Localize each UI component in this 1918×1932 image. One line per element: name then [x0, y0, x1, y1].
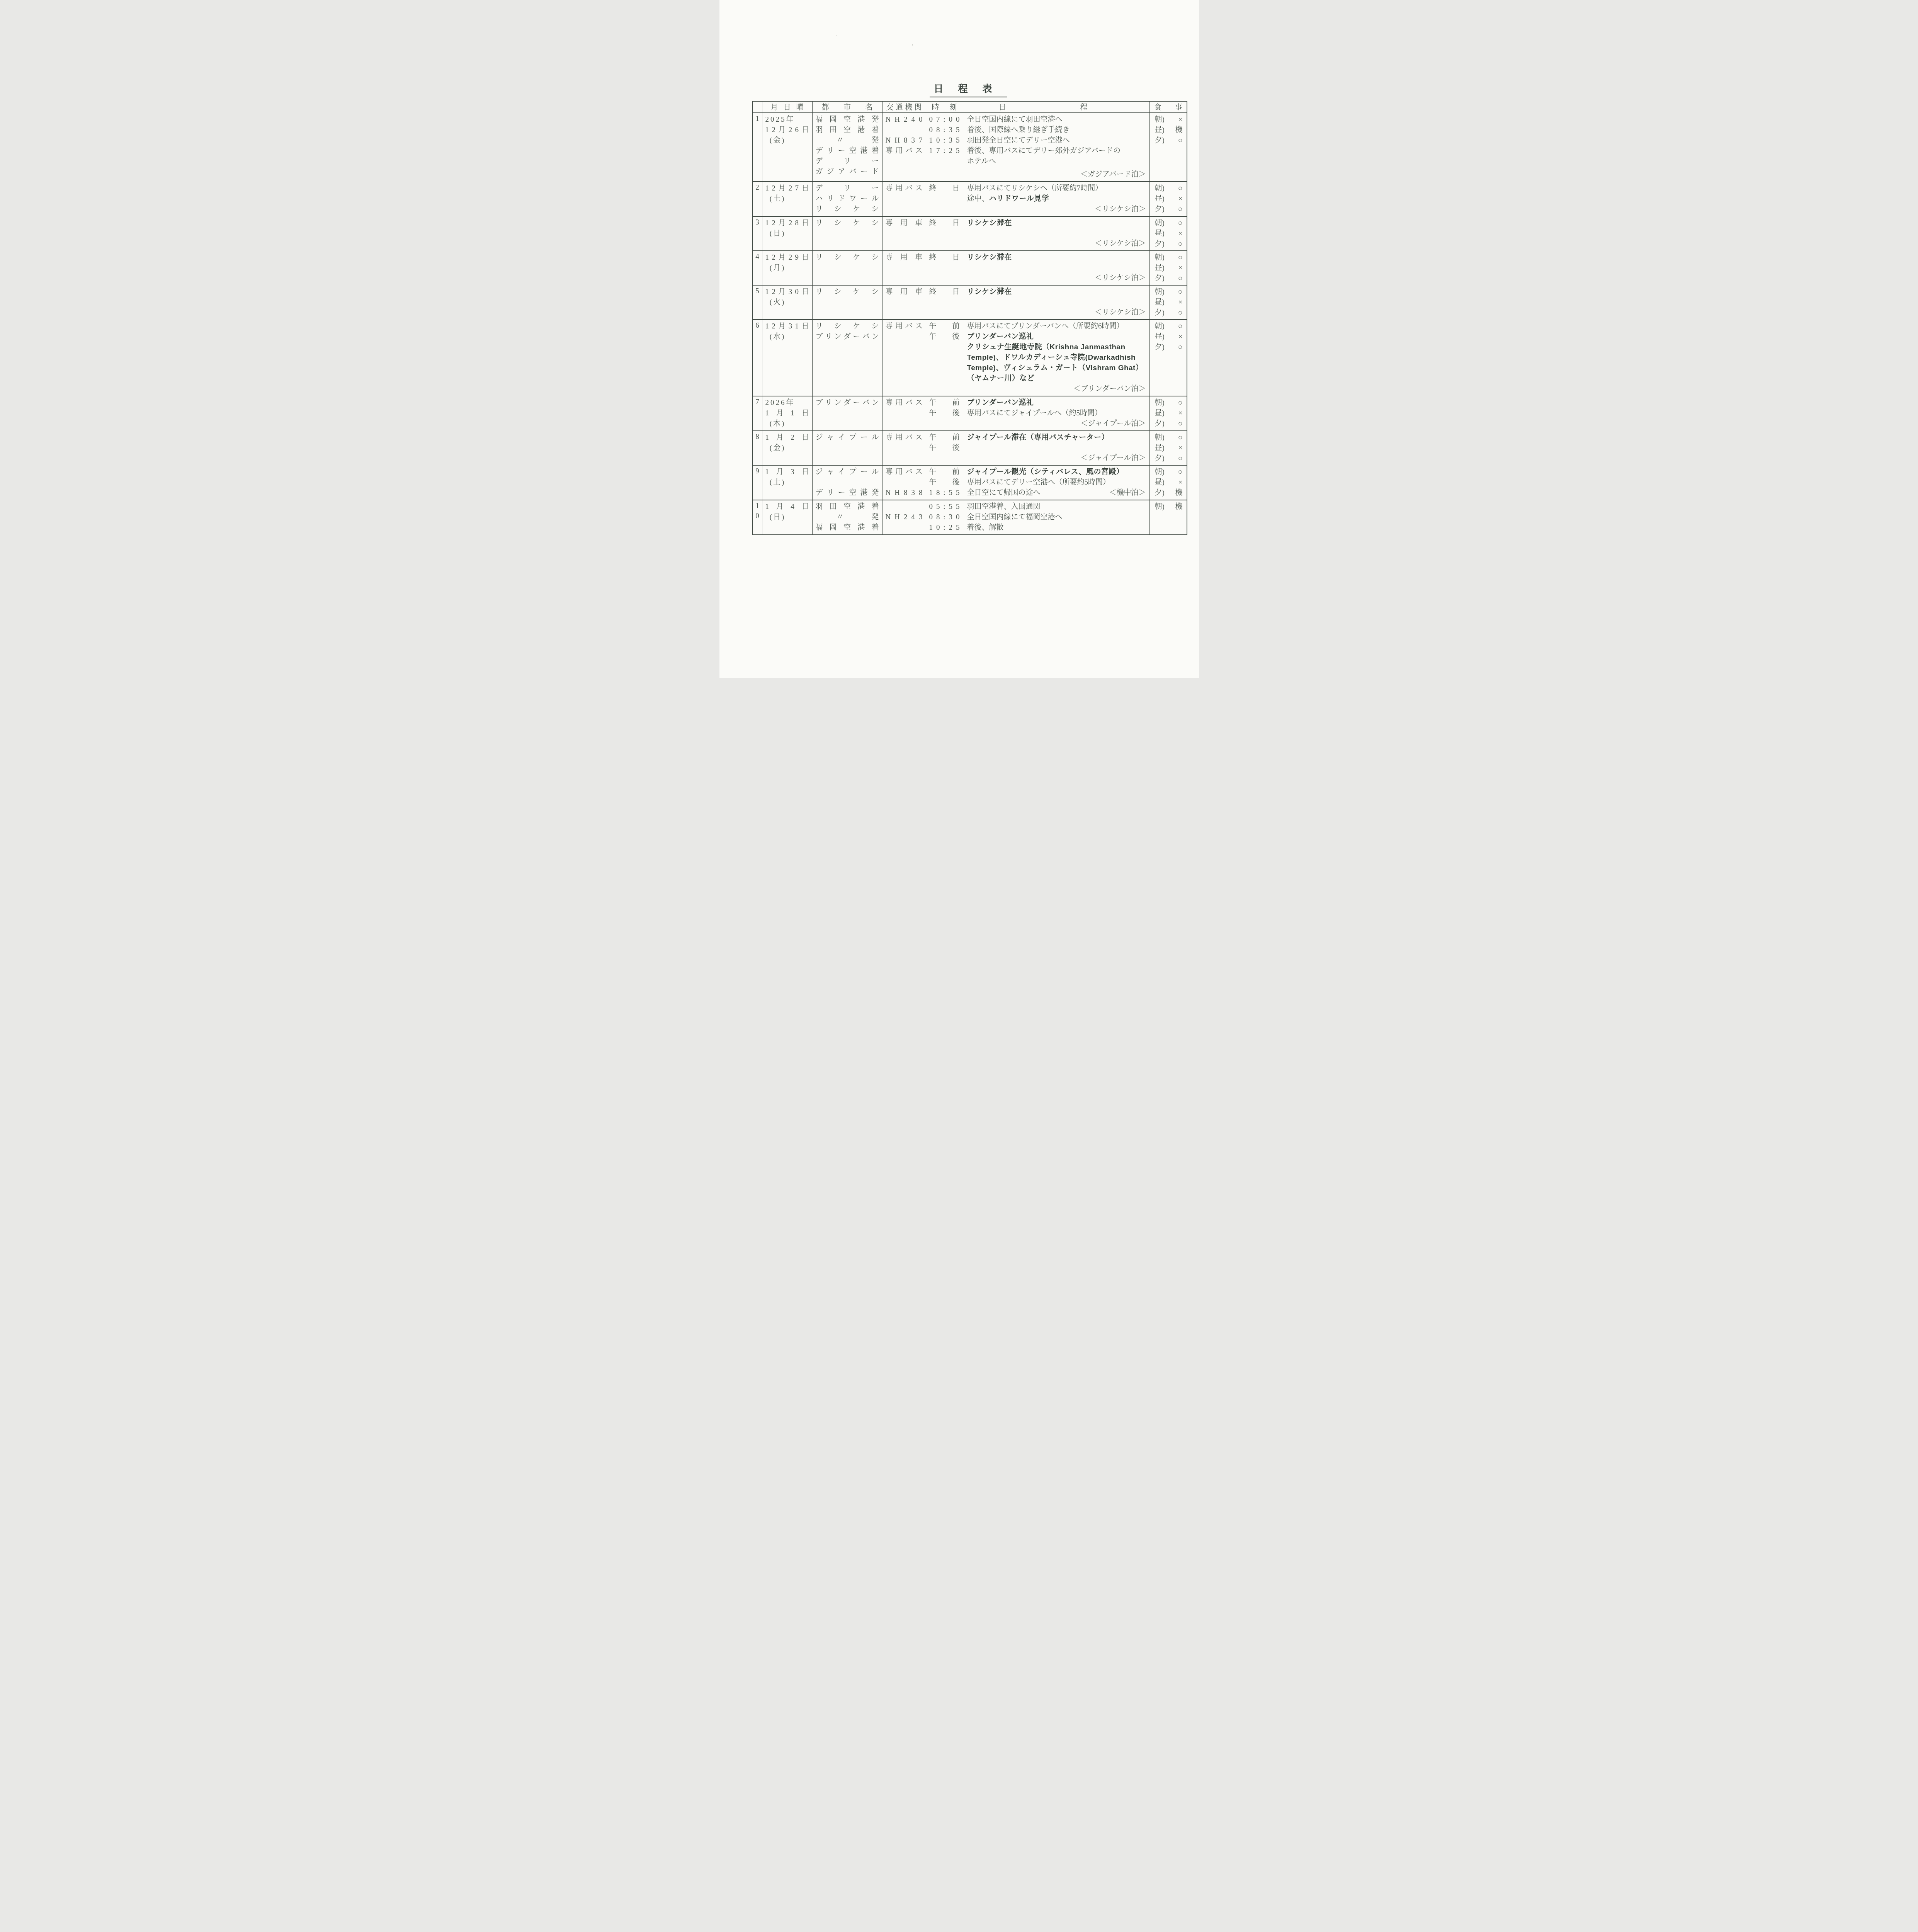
schedule-line: ジャイプール観光（シティパレス、風の宮殿）: [967, 467, 1146, 477]
schedule-line: 途中、ハリドワール見学: [967, 194, 1146, 204]
schedule-line: ジャイプール滞在（専用バスチャーター）: [967, 432, 1146, 443]
cell-date: 2025年12月26日(金): [762, 113, 812, 181]
schedule-line: 専用バスにてデリー空港へ（所要約5時間）: [967, 477, 1146, 488]
schedule-line: Temple)、ドワルカディーシュ寺院(Dwarkadhish: [967, 352, 1146, 363]
cell-meals: 朝)○昼)×夕)○: [1149, 251, 1187, 285]
cell-meals: 朝)○昼)×夕)○: [1149, 286, 1187, 319]
col-header-date: 月日曜: [762, 102, 812, 112]
table-row: 512月30日(火)リシケシ専用車終日リシケシ滞在＜リシケシ泊＞朝)○昼)×夕)…: [753, 285, 1187, 319]
cell-time: 午前午後: [926, 431, 963, 465]
meal-line: 昼)×: [1155, 194, 1183, 204]
cell-date: 2026年1月1日(木): [762, 396, 812, 430]
cell-city: デリーハリドワールリシケシ: [812, 182, 882, 216]
meal-line: 夕)○: [1155, 308, 1183, 318]
document-page: 日程表 月日曜 都市名 交通機関 時刻 日程 食事 12025年12月26日(金…: [719, 0, 1199, 678]
cell-transport: 専用バス NH838: [882, 466, 926, 500]
meal-line: 朝)機: [1155, 502, 1183, 512]
cell-time: 終日: [926, 286, 963, 319]
cell-transport: 専用バス: [882, 431, 926, 465]
cell-city: ジャイプール デリー空港発: [812, 466, 882, 500]
schedule-line: Temple)、ヴィシュラム・ガート（Vishram Ghat）: [967, 363, 1146, 373]
cell-time: 05:5508:3010:25: [926, 500, 963, 534]
meal-line: 昼)×: [1155, 228, 1183, 239]
table-row: 312月28日(日)リシケシ専用車終日リシケシ滞在＜リシケシ泊＞朝)○昼)×夕)…: [753, 216, 1187, 250]
scan-artifact: [937, 128, 937, 130]
schedule-line: ブリンダーバン巡礼: [967, 332, 1146, 342]
meal-line: 朝)×: [1155, 114, 1183, 125]
schedule-line: クリシュナ生誕地寺院（Krishna Janmasthan: [967, 342, 1146, 352]
table-row: 612月31日(水)リシケシブリンダーバン専用バス午前午後専用バスにてブリンダー…: [753, 319, 1187, 396]
cell-day-number: 8: [753, 431, 762, 465]
cell-day-number: 10: [753, 500, 762, 534]
meal-line: 朝)○: [1155, 218, 1183, 228]
meal-line: 昼)機: [1155, 125, 1183, 135]
cell-time: 午前午後: [926, 320, 963, 396]
cell-date: 1月2日(金): [762, 431, 812, 465]
schedule-line: 着後、専用バスにてデリー郊外ガジアバードの: [967, 146, 1146, 156]
meal-line: 昼)×: [1155, 408, 1183, 418]
schedule-line: リシケシ滞在: [967, 252, 1146, 263]
schedule-line: 専用バスにてブリンダーバンへ（所要約6時間）: [967, 321, 1146, 332]
cell-day-number: 3: [753, 217, 762, 250]
cell-meals: 朝)○昼)×夕)○: [1149, 320, 1187, 396]
cell-schedule: 全日空国内線にて羽田空港へ着後、国際線へ乗り継ぎ手続き羽田発全日空にてデリー空港…: [963, 113, 1149, 181]
meal-line: 夕)○: [1155, 418, 1183, 429]
cell-city: 羽田空港着〃発福岡空港着: [812, 500, 882, 534]
cell-schedule: ジャイプール観光（シティパレス、風の宮殿）専用バスにてデリー空港へ（所要約5時間…: [963, 466, 1149, 500]
table-row: 101月4日(日)羽田空港着〃発福岡空港着 NH24305:5508:3010:…: [753, 500, 1187, 534]
cell-date: 12月29日(月): [762, 251, 812, 285]
col-header-meals: 食事: [1149, 102, 1187, 112]
cell-time: 午前午後18:55: [926, 466, 963, 500]
scan-artifact: [836, 35, 837, 36]
meal-line: 昼)×: [1155, 477, 1183, 488]
meal-line: 朝)○: [1155, 398, 1183, 408]
schedule-line: ＜リシケシ泊＞: [967, 307, 1146, 318]
schedule-line: リシケシ滞在: [967, 218, 1146, 228]
itinerary-table-body: 12025年12月26日(金)福岡空港発羽田空港着〃発デリー空港着デリーガジアバ…: [753, 112, 1187, 534]
cell-date: 1月3日(土): [762, 466, 812, 500]
cell-time: 終日: [926, 251, 963, 285]
cell-transport: 専用車: [882, 286, 926, 319]
table-row: 91月3日(土)ジャイプール デリー空港発専用バス NH838午前午後18:55…: [753, 465, 1187, 500]
cell-meals: 朝)○昼)×夕)機: [1149, 466, 1187, 500]
cell-transport: NH240 NH837専用バス: [882, 113, 926, 181]
schedule-line: ＜ガジアバード泊＞: [967, 169, 1146, 180]
cell-time: 午前午後: [926, 396, 963, 430]
table-row: 412月29日(月)リシケシ専用車終日リシケシ滞在＜リシケシ泊＞朝)○昼)×夕)…: [753, 250, 1187, 285]
cell-transport: 専用バス: [882, 182, 926, 216]
schedule-line: ＜ブリンダーバン泊＞: [967, 384, 1146, 394]
cell-time: 終日: [926, 217, 963, 250]
cell-day-number: 6: [753, 320, 762, 396]
title-holder: 日程表: [719, 0, 1199, 97]
meal-line: 朝)○: [1155, 287, 1183, 297]
cell-schedule: ジャイプール滞在（専用バスチャーター）＜ジャイプール泊＞: [963, 431, 1149, 465]
meal-line: 夕)機: [1155, 488, 1183, 498]
col-header-transport: 交通機関: [882, 102, 926, 112]
cell-schedule: 専用バスにてリシケシへ（所要約7時間）途中、ハリドワール見学＜リシケシ泊＞: [963, 182, 1149, 216]
cell-day-number: 7: [753, 396, 762, 430]
schedule-line: 全日空国内線にて羽田空港へ: [967, 114, 1146, 125]
cell-date: 12月30日(火): [762, 286, 812, 319]
cell-transport: 専用車: [882, 217, 926, 250]
schedule-line: ＜ジャイプール泊＞: [967, 453, 1146, 463]
cell-meals: 朝)機: [1149, 500, 1187, 534]
cell-city: リシケシ: [812, 251, 882, 285]
meal-line: 夕)○: [1155, 135, 1183, 146]
cell-day-number: 5: [753, 286, 762, 319]
meal-line: 朝)○: [1155, 183, 1183, 194]
cell-meals: 朝)○昼)×夕)○: [1149, 217, 1187, 250]
cell-meals: 朝)×昼)機夕)○: [1149, 113, 1187, 181]
cell-city: リシケシ: [812, 217, 882, 250]
meal-line: 夕)○: [1155, 273, 1183, 284]
cell-time: 07:0008:3510:3517:25: [926, 113, 963, 181]
schedule-line: 羽田空港着、入国通関: [967, 502, 1146, 512]
col-header-time: 時刻: [926, 102, 963, 112]
cell-day-number: 1: [753, 113, 762, 181]
cell-schedule: リシケシ滞在＜リシケシ泊＞: [963, 286, 1149, 319]
table-row: 72026年1月1日(木)ブリンダーバン専用バス午前午後ブリンダーバン巡礼専用バ…: [753, 396, 1187, 430]
schedule-line: ホテルへ: [967, 156, 1146, 167]
meal-line: 夕)○: [1155, 204, 1183, 214]
col-header-schedule: 日程: [963, 102, 1149, 112]
cell-day-number: 9: [753, 466, 762, 500]
cell-meals: 朝)○昼)×夕)○: [1149, 431, 1187, 465]
cell-day-number: 2: [753, 182, 762, 216]
cell-city: ジャイプール: [812, 431, 882, 465]
cell-city: リシケシ: [812, 286, 882, 319]
cell-city: 福岡空港発羽田空港着〃発デリー空港着デリーガジアバード: [812, 113, 882, 181]
meal-line: 朝)○: [1155, 321, 1183, 332]
meal-line: 朝)○: [1155, 467, 1183, 477]
schedule-line: ＜リシケシ泊＞: [967, 273, 1146, 283]
table-row: 12025年12月26日(金)福岡空港発羽田空港着〃発デリー空港着デリーガジアバ…: [753, 112, 1187, 181]
schedule-line: 着後、国際線へ乗り継ぎ手続き: [967, 125, 1146, 135]
cell-city: リシケシブリンダーバン: [812, 320, 882, 396]
itinerary-table: 月日曜 都市名 交通機関 時刻 日程 食事 12025年12月26日(金)福岡空…: [752, 101, 1187, 535]
schedule-line: ＜リシケシ泊＞: [967, 204, 1146, 214]
meal-line: 朝)○: [1155, 432, 1183, 443]
meal-line: 夕)○: [1155, 342, 1183, 352]
cell-date: 1月4日(日): [762, 500, 812, 534]
schedule-line: 羽田発全日空にてデリー空港へ: [967, 135, 1146, 146]
schedule-line: （ヤムナー川）など: [967, 373, 1146, 384]
cell-day-number: 4: [753, 251, 762, 285]
table-row: 212月27日(土)デリーハリドワールリシケシ専用バス終日専用バスにてリシケシへ…: [753, 181, 1187, 216]
cell-date: 12月28日(日): [762, 217, 812, 250]
cell-schedule: 専用バスにてブリンダーバンへ（所要約6時間）ブリンダーバン巡礼クリシュナ生誕地寺…: [963, 320, 1149, 396]
schedule-line: 全日空国内線にて福岡空港へ: [967, 512, 1146, 522]
cell-meals: 朝)○昼)×夕)○: [1149, 182, 1187, 216]
table-row: 81月2日(金)ジャイプール専用バス午前午後ジャイプール滞在（専用バスチャーター…: [753, 430, 1187, 465]
meal-line: 昼)×: [1155, 332, 1183, 342]
col-header-city: 都市名: [812, 102, 882, 112]
scan-artifact: [912, 44, 913, 46]
cell-schedule: リシケシ滞在＜リシケシ泊＞: [963, 217, 1149, 250]
cell-schedule: リシケシ滞在＜リシケシ泊＞: [963, 251, 1149, 285]
schedule-line: ブリンダーバン巡礼: [967, 398, 1146, 408]
cell-transport: 専用車: [882, 251, 926, 285]
meal-line: 夕)○: [1155, 453, 1183, 464]
schedule-line: 着後、解散: [967, 522, 1146, 533]
meal-line: 昼)×: [1155, 443, 1183, 453]
schedule-line: 専用バスにてジャイプールへ（約5時間）: [967, 408, 1146, 418]
cell-schedule: 羽田空港着、入国通関全日空国内線にて福岡空港へ着後、解散: [963, 500, 1149, 534]
schedule-line: ＜ジャイプール泊＞: [967, 418, 1146, 429]
meal-line: 昼)×: [1155, 297, 1183, 308]
cell-transport: 専用バス: [882, 396, 926, 430]
meal-line: 昼)×: [1155, 263, 1183, 273]
cell-schedule: ブリンダーバン巡礼専用バスにてジャイプールへ（約5時間）＜ジャイプール泊＞: [963, 396, 1149, 430]
cell-transport: 専用バス: [882, 320, 926, 396]
cell-meals: 朝)○昼)×夕)○: [1149, 396, 1187, 430]
schedule-line: ＜リシケシ泊＞: [967, 238, 1146, 249]
cell-time: 終日: [926, 182, 963, 216]
cell-date: 12月31日(水): [762, 320, 812, 396]
page-title: 日程表: [930, 83, 1007, 97]
schedule-line: リシケシ滞在: [967, 287, 1146, 297]
cell-transport: NH243: [882, 500, 926, 534]
meal-line: 夕)○: [1155, 239, 1183, 249]
meal-line: 朝)○: [1155, 252, 1183, 263]
cell-date: 12月27日(土): [762, 182, 812, 216]
schedule-line: 全日空にて帰国の途へ＜機中泊＞: [967, 488, 1146, 498]
cell-city: ブリンダーバン: [812, 396, 882, 430]
schedule-line: 専用バスにてリシケシへ（所要約7時間）: [967, 183, 1146, 194]
table-header-row: 月日曜 都市名 交通機関 時刻 日程 食事: [753, 102, 1187, 112]
col-header-day-number: [753, 102, 762, 112]
